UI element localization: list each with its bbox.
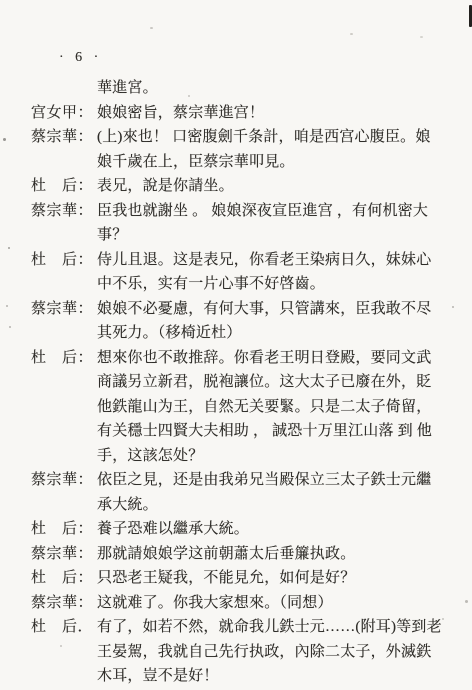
scan-speck — [420, 36, 423, 38]
dialogue-line: 其死力。（移椅近杜） — [97, 321, 448, 346]
dialogue-entry: 宫女甲：娘娘密旨，蔡宗華進宫！ — [31, 101, 448, 126]
dialogue-text: 侍儿且退。这是表兄，你看老王染病日久，妹妹心中不乐，实有一片心事不好啓齒。 — [97, 248, 448, 297]
speaker-name: 宫女甲： — [31, 101, 97, 126]
dialogue-line: 那就請娘娘学这前朝蕭太后垂簾执政。 — [97, 542, 448, 567]
scan-speck — [188, 95, 190, 97]
dialogue-text: 那就請娘娘学这前朝蕭太后垂簾执政。 — [97, 542, 448, 567]
dialogue-entry: 杜 后：侍儿且退。这是表兄，你看老王染病日久，妹妹心中不乐，实有一片心事不好啓齒… — [31, 248, 448, 297]
speaker-name: 杜 后： — [31, 174, 97, 199]
speaker-name: 蔡宗華： — [31, 542, 97, 567]
scan-speck — [150, 27, 153, 29]
dialogue-text: 養子恐难以繼承大統。 — [97, 517, 448, 542]
dialogue-line: 这就难了。你我大家想來。（同想） — [97, 591, 448, 616]
dialogue-line: 想來你也不敢推辞。你看老王明日登殿，要同文武 — [97, 346, 448, 371]
speaker-name: 蔡宗華： — [31, 199, 97, 224]
speaker-name: 杜 后： — [31, 346, 97, 371]
dialogue-line: 木耳，豈不是好！ — [97, 664, 448, 689]
dialogue-entry: 蔡宗華：这就难了。你我大家想來。（同想） — [31, 591, 448, 616]
dialogue-line: 華進宮。 — [97, 76, 448, 101]
page-number: · 6 · — [59, 50, 102, 66]
scan-speck — [3, 138, 6, 141]
dialogue-line: 娘娘不必憂慮，有何大事，只管講來，臣我敢不尽 — [97, 297, 448, 322]
speaker-name: 杜 后． — [31, 615, 97, 640]
dialogue-text: 表兄，說是你請坐。 — [97, 174, 448, 199]
dialogue-text: 依臣之見，还是由我弟兄当殿保立三太子鉄士元繼承大統。 — [97, 468, 448, 517]
scan-speck — [350, 33, 353, 35]
dialogue-line: 有了，如若不然，就命我儿鉄士元……(附耳)等到老 — [97, 615, 448, 640]
dialogue-line: 侍儿且退。这是表兄，你看老王染病日久，妹妹心 — [97, 248, 448, 273]
scan-speck — [442, 618, 444, 620]
dialogue-line: 王晏駕，我就自己先行执政，內除二太子，外滅鉄 — [97, 640, 448, 665]
dialogue-text: 这就难了。你我大家想來。（同想） — [97, 591, 448, 616]
dialogue-text: 娘娘密旨，蔡宗華進宫！ — [97, 101, 448, 126]
dialogue-entry: 蔡宗華：臣我也就謝坐 。 娘娘深夜宣臣進宫 ，有何机密大事？ — [31, 199, 448, 248]
speaker-name: 杜 后： — [31, 248, 97, 273]
speaker-name: 蔡宗華： — [31, 468, 97, 493]
dialogue-text: 有了，如若不然，就命我儿鉄士元……(附耳)等到老王晏駕，我就自己先行执政，內除二… — [97, 615, 448, 689]
dialogue-line: 事？ — [97, 223, 448, 248]
dialogue-line: 中不乐，实有一片心事不好啓齒。 — [97, 272, 448, 297]
dialogue-text: 只恐老王疑我，不能見允，如何是好？ — [97, 566, 448, 591]
dialogue-entry: 蔡宗華：那就請娘娘学这前朝蕭太后垂簾执政。 — [31, 542, 448, 567]
dialogue-entry: 杜 后：想來你也不敢推辞。你看老王明日登殿，要同文武商議另立新君，脱袍讓位。这大… — [31, 346, 448, 469]
speaker-name: 蔡宗華： — [31, 297, 97, 322]
dialogue-entry: 蔡宗華：(上)來也！ 口密腹劍千条計，咱是西宫心腹臣。娘娘千歲在上，臣蔡宗華叩見… — [31, 125, 448, 174]
dialogue-entry: 杜 后：養子恐难以繼承大統。 — [31, 517, 448, 542]
scan-speck — [6, 305, 8, 307]
dialogue-entry: 華進宮。 — [31, 76, 448, 101]
dialogue-line: 娘千歲在上，臣蔡宗華叩見。 — [97, 150, 448, 175]
dialogue-line: (上)來也！ 口密腹劍千条計，咱是西宫心腹臣。娘 — [97, 125, 448, 150]
dialogue-line: 承大統。 — [97, 493, 448, 518]
scanned-script-page: · 6 · 華進宮。宫女甲：娘娘密旨，蔡宗華進宫！蔡宗華：(上)來也！ 口密腹劍… — [0, 0, 472, 690]
scan-speck — [9, 326, 11, 328]
dialogue-line: 他鉄龍山为王，自然无关要緊。只是二太子倚留， — [97, 395, 448, 420]
dialogue-text: 想來你也不敢推辞。你看老王明日登殿，要同文武商議另立新君，脱袍讓位。这大太子已廢… — [97, 346, 448, 469]
dialogue-entry: 蔡宗華：娘娘不必憂慮，有何大事，只管講來，臣我敢不尽其死力。（移椅近杜） — [31, 297, 448, 346]
dialogue-text: 娘娘不必憂慮，有何大事，只管講來，臣我敢不尽其死力。（移椅近杜） — [97, 297, 448, 346]
scan-speck — [8, 247, 10, 249]
dialogue-line: 手，这該怎处？ — [97, 444, 448, 469]
speaker-name: 蔡宗華： — [31, 591, 97, 616]
dialogue-line: 商議另立新君，脱袍讓位。这大太子已廢在外，貶 — [97, 370, 448, 395]
scan-speck — [60, 645, 62, 647]
dialogue-entry: 杜 后：只恐老王疑我，不能見允，如何是好？ — [31, 566, 448, 591]
dialogue-line: 有关穩士四賢大夫相助 ， 誠恐十万里江山落 到 他 — [97, 419, 448, 444]
dialogue-line: 表兄，說是你請坐。 — [97, 174, 448, 199]
dialogue-text: (上)來也！ 口密腹劍千条計，咱是西宫心腹臣。娘娘千歲在上，臣蔡宗華叩見。 — [97, 125, 448, 174]
dialogue-entry: 杜 后．有了，如若不然，就命我儿鉄士元……(附耳)等到老王晏駕，我就自己先行执政… — [31, 615, 448, 689]
dialogue-line: 只恐老王疑我，不能見允，如何是好？ — [97, 566, 448, 591]
speaker-name: 杜 后： — [31, 517, 97, 542]
speaker-name: 杜 后： — [31, 566, 97, 591]
dialogue-entry: 蔡宗華：依臣之見，还是由我弟兄当殿保立三太子鉄士元繼承大統。 — [31, 468, 448, 517]
dialogue-text: 華進宮。 — [97, 76, 448, 101]
dialogue-line: 依臣之見，还是由我弟兄当殿保立三太子鉄士元繼 — [97, 468, 448, 493]
speaker-name: 蔡宗華： — [31, 125, 97, 150]
dialogue-text: 臣我也就謝坐 。 娘娘深夜宣臣進宫 ，有何机密大事？ — [97, 199, 448, 248]
dialogue-line: 養子恐难以繼承大統。 — [97, 517, 448, 542]
dialogue-line: 娘娘密旨，蔡宗華進宫！ — [97, 101, 448, 126]
scan-speck — [465, 600, 468, 603]
dialogue-list: 華進宮。宫女甲：娘娘密旨，蔡宗華進宫！蔡宗華：(上)來也！ 口密腹劍千条計，咱是… — [31, 76, 448, 689]
dialogue-entry: 杜 后：表兄，說是你請坐。 — [31, 174, 448, 199]
dialogue-line: 臣我也就謝坐 。 娘娘深夜宣臣進宫 ，有何机密大 — [97, 199, 448, 224]
scan-speck — [452, 306, 454, 308]
